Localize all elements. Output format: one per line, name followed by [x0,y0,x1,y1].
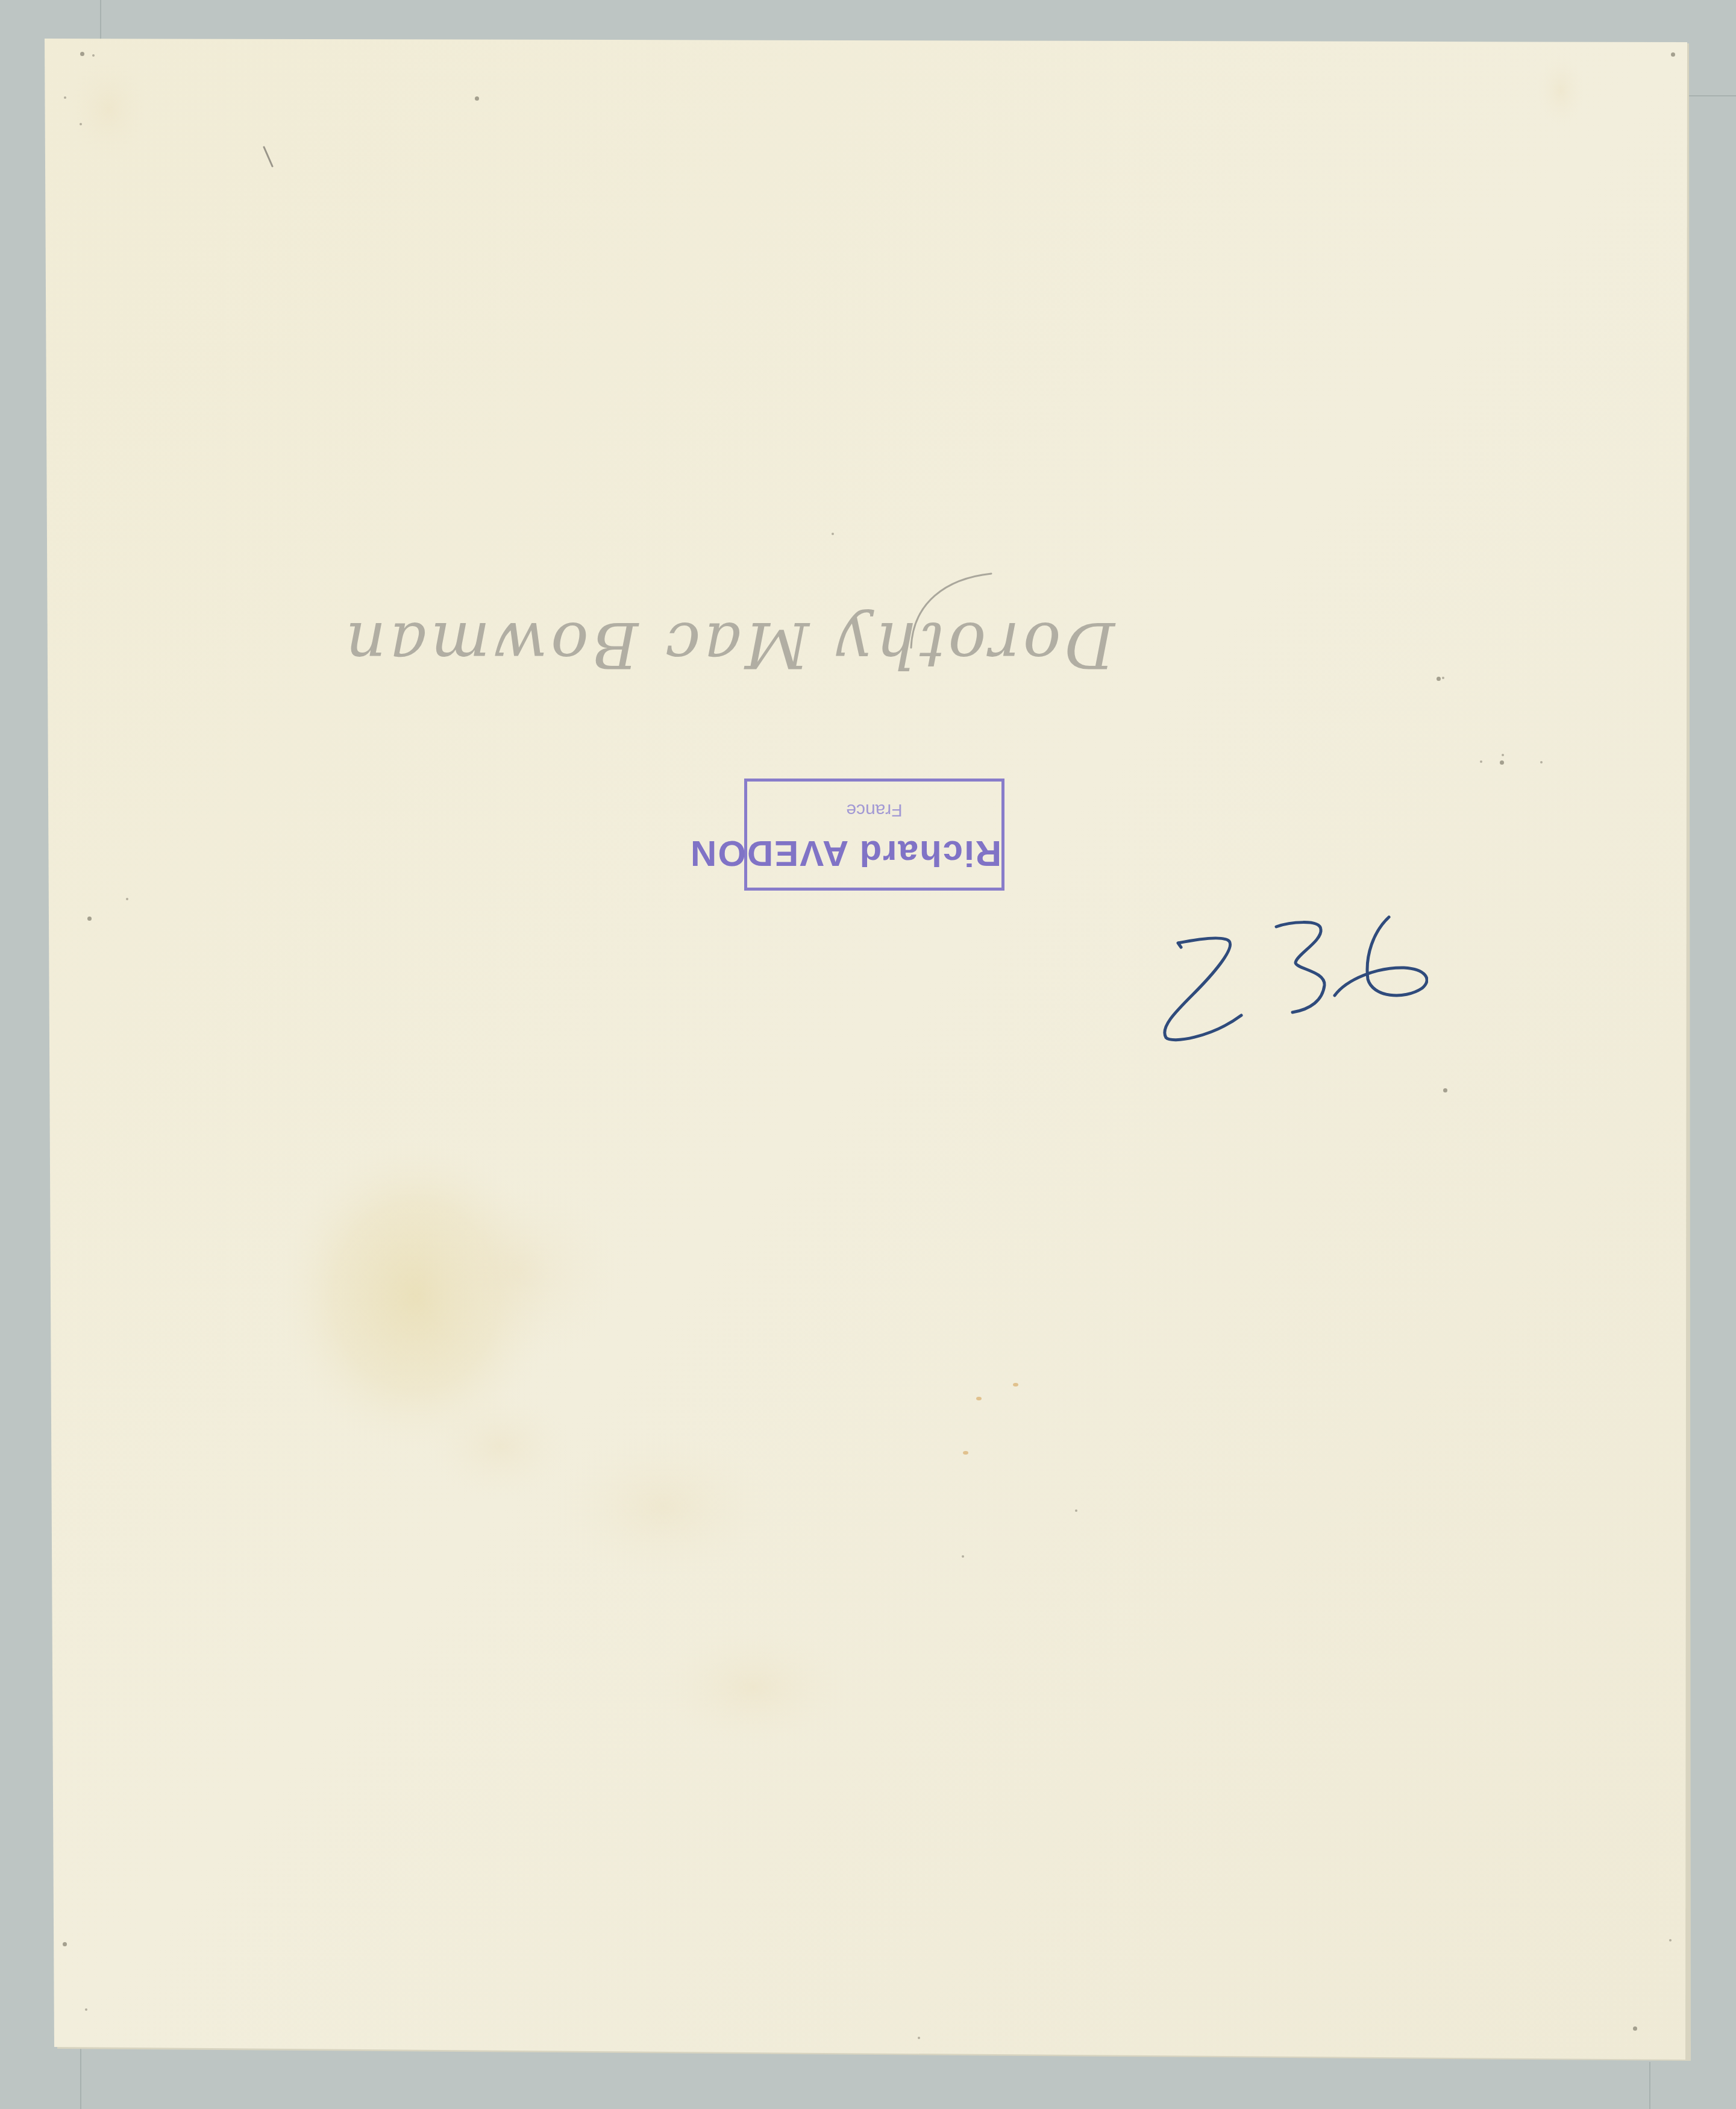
stamp-photographer-name: Richard AVEDON [747,833,1001,874]
dust-speck [126,898,128,900]
pencil-flourish [910,566,1000,651]
dust-speck [85,2008,87,2011]
dust-speck [80,123,82,125]
stamp-country: France [747,800,1001,820]
dust-speck [1671,52,1675,57]
photographer-stamp: Richard AVEDON France [744,779,1004,891]
pencil-mark [259,145,283,175]
foxing-spot [963,1451,968,1455]
handwritten-name-pencil: Dorothy Mac Bowman [500,597,1115,693]
dust-speck [1540,761,1543,763]
dust-speck [1502,754,1504,756]
foxing-spot [976,1397,982,1400]
photo-verso-paper [0,0,1736,2109]
dust-speck [63,1942,67,1946]
inventory-number: 236 [1145,904,1428,1048]
dust-speck [1633,2026,1637,2031]
foxing-spot [1013,1383,1018,1387]
dust-speck [1500,760,1504,765]
dust-speck [1437,677,1441,681]
dust-speck [1480,760,1482,763]
dust-speck [475,96,479,101]
dust-speck [918,2037,920,2039]
dust-speck [87,917,92,921]
dust-speck [1075,1509,1077,1512]
dust-speck [64,96,66,99]
dust-speck [1669,1939,1672,1941]
dust-speck [92,54,95,57]
dust-speck [962,1555,964,1558]
dust-speck [832,533,834,535]
dust-speck [1443,1088,1447,1092]
inventory-number-text: 236 [1145,904,1428,1048]
dust-speck [80,52,84,56]
dust-speck [1442,677,1444,679]
